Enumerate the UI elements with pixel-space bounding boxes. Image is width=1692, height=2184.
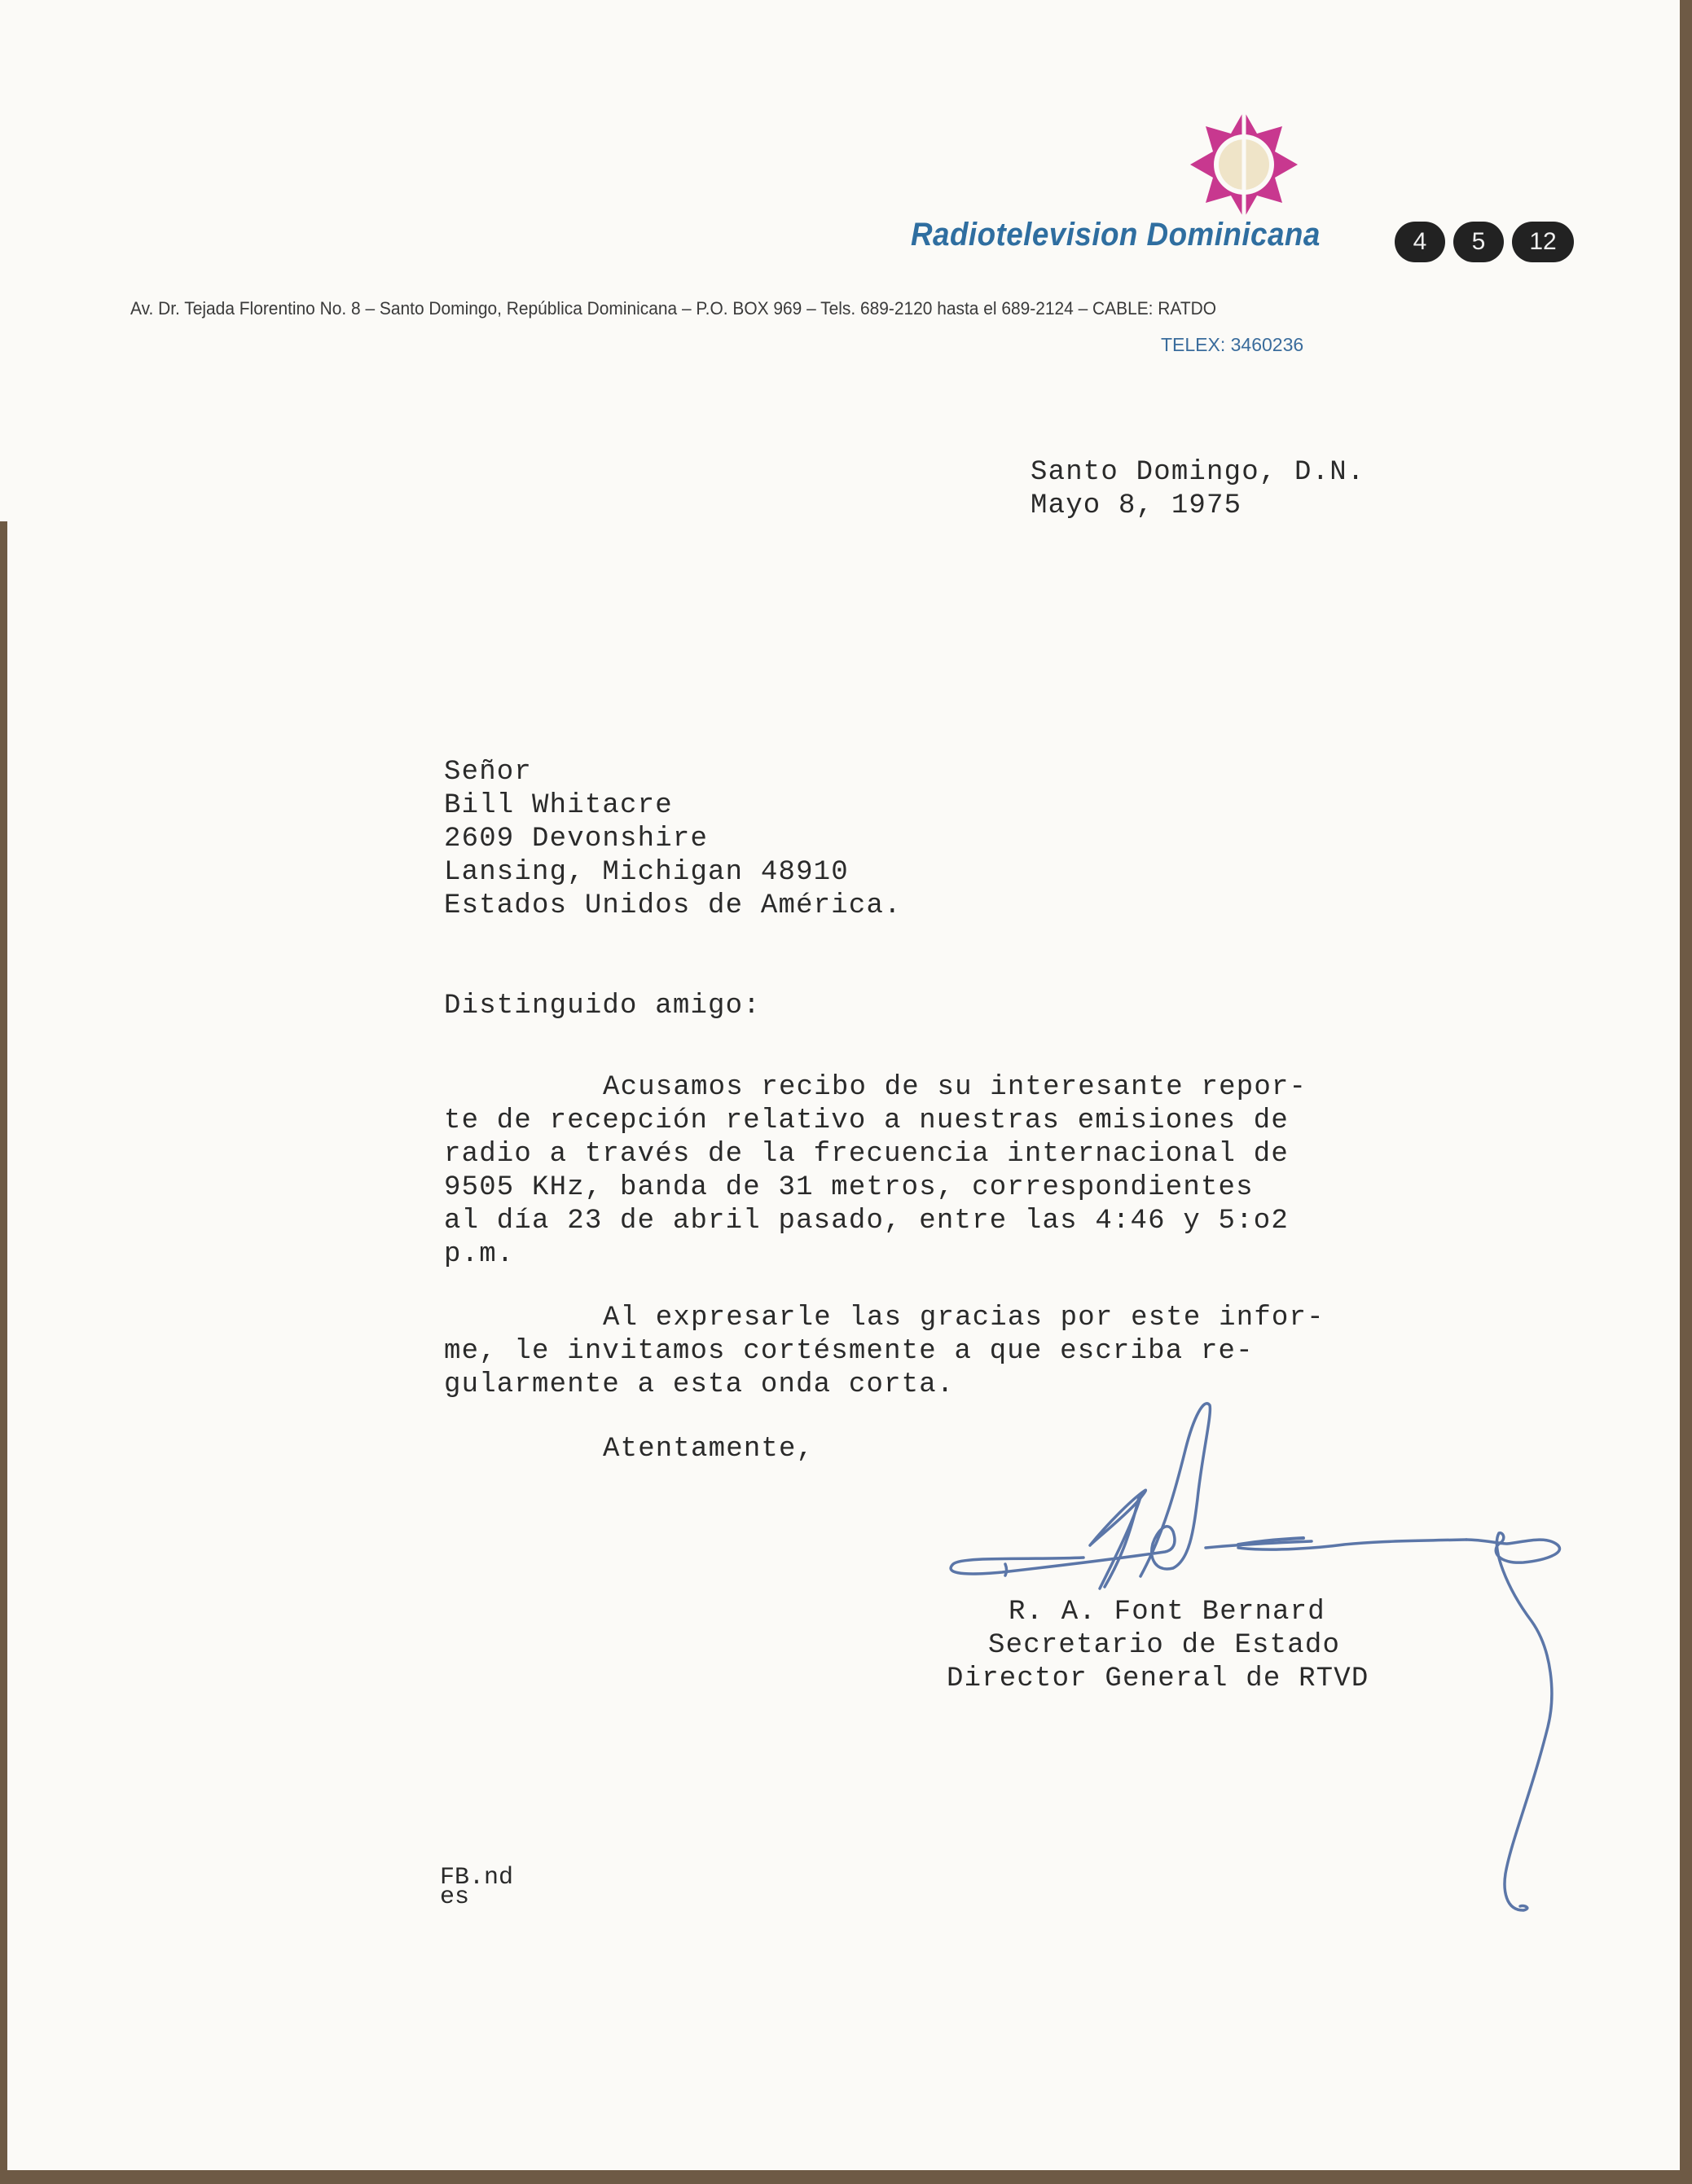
page-edge-left (0, 521, 7, 2184)
body-line: Al expresarle las gracias por este infor… (603, 1304, 1325, 1332)
salutation: Distinguido amigo: (444, 992, 761, 1020)
recipient-line: 2609 Devonshire (444, 825, 708, 853)
channel-badge: 4 (1395, 222, 1445, 262)
signatory-title: Secretario de Estado (988, 1632, 1340, 1659)
body-line: 9505 KHz, banda de 31 metros, correspond… (444, 1174, 1254, 1202)
body-line: radio a través de la frecuencia internac… (444, 1140, 1289, 1168)
page-edge-bottom (0, 2170, 1692, 2184)
handwritten-signature-icon (929, 1397, 1678, 2024)
channel-badge: 12 (1512, 222, 1574, 262)
channel-badges: 4 5 12 (1395, 222, 1574, 262)
letterhead-address: Av. Dr. Tejada Florentino No. 8 – Santo … (130, 298, 1216, 319)
body-line: p.m. (444, 1241, 514, 1268)
star-sun-logo-icon (1183, 108, 1305, 222)
signatory-title: Director General de RTVD (947, 1665, 1369, 1693)
channel-badge: 5 (1453, 222, 1504, 262)
closing: Atentamente, (603, 1435, 814, 1463)
recipient-line: Señor (444, 758, 532, 786)
dateline-place: Santo Domingo, D.N. (1031, 459, 1365, 486)
reference-line: es (440, 1885, 469, 1909)
body-line: al día 23 de abril pasado, entre las 4:4… (444, 1207, 1289, 1235)
dateline-date: Mayo 8, 1975 (1031, 492, 1242, 520)
body-line: te de recepción relativo a nuestras emis… (444, 1107, 1289, 1135)
brand-name: Radiotelevision Dominicana (911, 217, 1321, 253)
recipient-line: Lansing, Michigan 48910 (444, 859, 849, 886)
signatory-name: R. A. Font Bernard (1009, 1598, 1325, 1626)
page-edge-right (1680, 0, 1692, 2184)
recipient-line: Estados Unidos de América. (444, 892, 902, 920)
body-line: me, le invitamos cortésmente a que escri… (444, 1338, 1254, 1365)
recipient-line: Bill Whitacre (444, 792, 673, 820)
body-line: Acusamos recibo de su interesante repor- (603, 1074, 1307, 1101)
body-line: gularmente a esta onda corta. (444, 1371, 955, 1399)
letterhead-telex: TELEX: 3460236 (1161, 334, 1303, 356)
